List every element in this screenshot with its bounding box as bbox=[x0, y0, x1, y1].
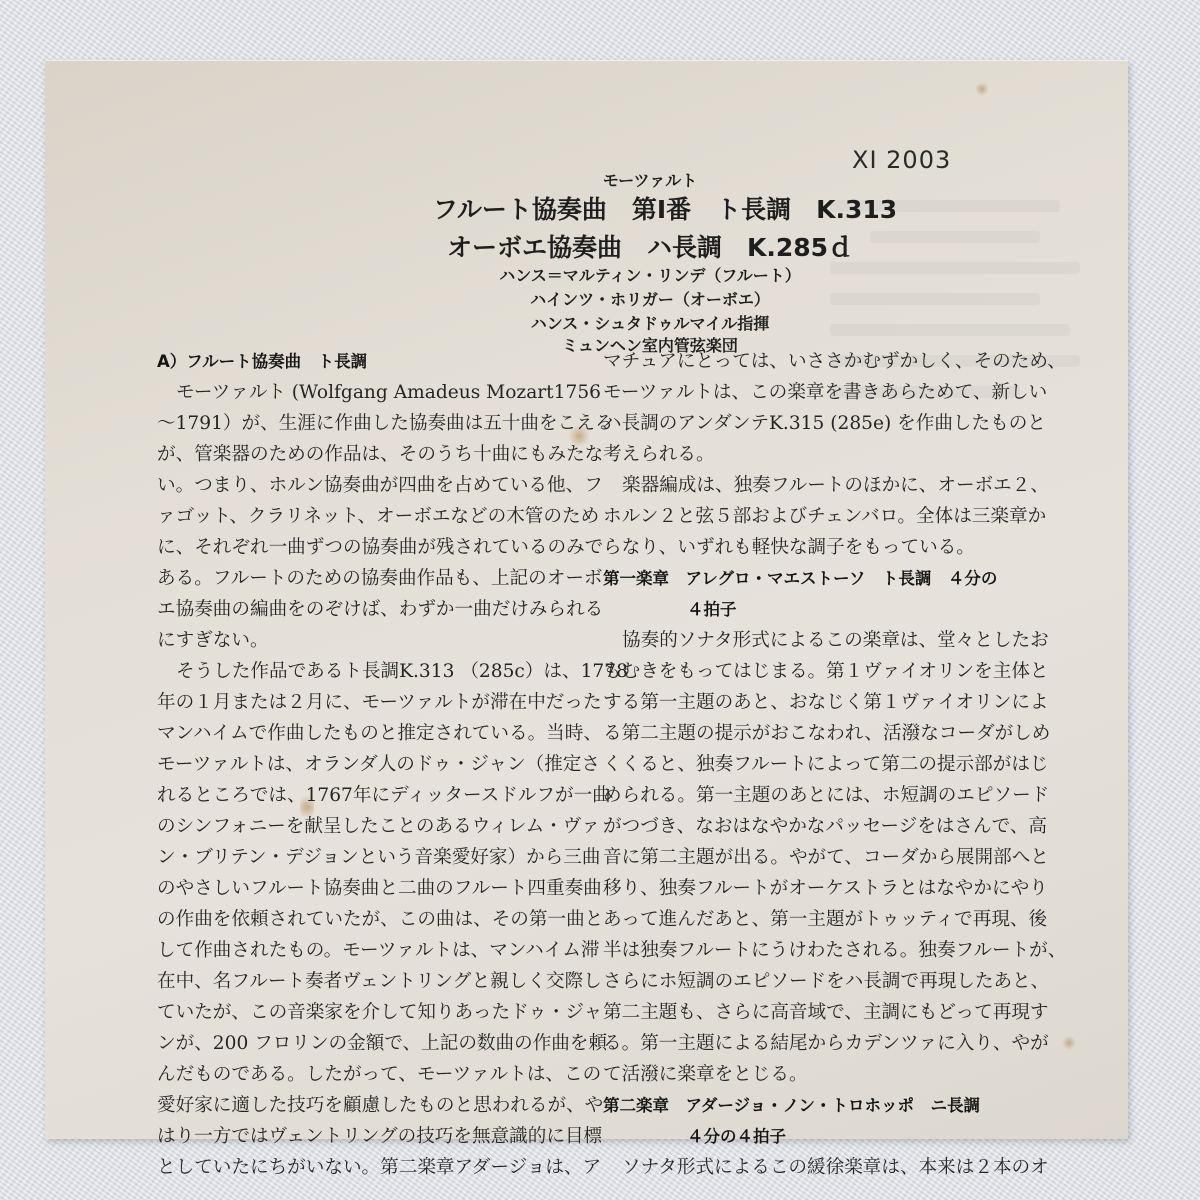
right-column: マチュアにとっては、いささかむずかしく、そのため、モーツァルトは、この楽章を書き… bbox=[603, 346, 1035, 1183]
text-line: モーツァルト (Wolfgang Amadeus Mozart1756 bbox=[157, 377, 589, 408]
text-line: ハ長調のアンダンテK.315 (285e) を作曲したものと bbox=[603, 408, 1035, 439]
text-line: もむきをもってはじまる。第１ヴァイオリンを主体と bbox=[603, 656, 1035, 687]
title-flute-concerto: フルート協奏曲 第Ⅰ番 ト長調 K.313 bbox=[165, 190, 1165, 226]
text-line: 愛好家に適した技巧を顧慮したものと思われるが、や bbox=[157, 1090, 589, 1121]
text-line: くくると、独奏フルートによって第二の提示部がはじ bbox=[603, 749, 1035, 780]
text-line: て活潑に楽章をとじる。 bbox=[603, 1059, 1035, 1090]
text-line: ～1791）が、生涯に作曲した協奏曲は五十曲をこえる bbox=[157, 408, 589, 439]
left-column: A）フルート協奏曲 ト長調 モーツァルト (Wolfgang Amadeus M… bbox=[157, 346, 589, 1183]
text-line: エ協奏曲の編曲をのぞけば、わずか一曲だけみられる bbox=[157, 594, 589, 625]
text-line: のシンフォニーを献呈したことのあるウィレム・ヴァ bbox=[157, 811, 589, 842]
text-line: ンが、200 フロリンの金額で、上記の数曲の作曲を頼 bbox=[157, 1028, 589, 1059]
text-line: る第二主題の提示がおこなわれ、活潑なコーダがしめ bbox=[603, 718, 1035, 749]
text-line: れるところでは、1767年にディッタースドルフが一曲 bbox=[157, 780, 589, 811]
section-heading: A）フルート協奏曲 ト長調 bbox=[157, 346, 589, 377]
text-line: して作曲されたもの。モーツァルトは、マンハイム滞 bbox=[157, 935, 589, 966]
text-line: ある。フルートのための協奏曲作品も、上記のオーボ bbox=[157, 563, 589, 594]
performer-flute: ハンス＝マルティン・リンデ（フルート） bbox=[150, 263, 1150, 286]
text-line: 協奏的ソナタ形式によるこの楽章は、堂々としたお bbox=[603, 625, 1035, 656]
conductor: ハンス・シュタドゥルマイル指揮 bbox=[150, 311, 1150, 334]
movement1-heading: 第一楽章 アレグロ・マエストーソ ト長調 ４分の bbox=[603, 563, 1035, 594]
foxing-stain bbox=[975, 82, 989, 96]
text-line: んだものである。したがって、モーツァルトは、この bbox=[157, 1059, 589, 1090]
text-line: としていたにちがいない。第二楽章アダージョは、ア bbox=[157, 1152, 589, 1183]
text-line: する第一主題のあと、おなじく第１ヴァイオリンによ bbox=[603, 687, 1035, 718]
performer-oboe: ハインツ・ホリガー（オーボエ） bbox=[150, 287, 1150, 310]
movement2-heading: 第二楽章 アダージョ・ノン・トロホッポ ニ長調 bbox=[603, 1090, 1035, 1121]
text-line: 音に第二主題が出る。やがて、コーダから展開部へと bbox=[603, 842, 1035, 873]
text-line: 楽器編成は、独奏フルートのほかに、オーボエ２、 bbox=[603, 470, 1035, 501]
text-line: められる。第一主題のあとには、ホ短調のエピソード bbox=[603, 780, 1035, 811]
text-line: 移り、独奏フルートがオーケストラとはなやかにやり bbox=[603, 873, 1035, 904]
text-line: あって進んだあと、第一主題がトゥッティで再現、後 bbox=[603, 904, 1035, 935]
text-line: はり一方ではヴェントリングの技巧を無意識的に目標 bbox=[157, 1121, 589, 1152]
movement2-body: ソナタ形式によるこの緩徐楽章は、本来は２本のオ bbox=[603, 1152, 1035, 1183]
text-line: ソナタ形式によるこの緩徐楽章は、本来は２本のオ bbox=[603, 1152, 1035, 1183]
text-line: 年の１月または２月に、モーツァルトが滞在中だった bbox=[157, 687, 589, 718]
foxing-stain bbox=[1062, 1036, 1076, 1050]
movement1-heading-cont: ４拍子 bbox=[603, 594, 1035, 625]
text-line: モーツァルトは、オランダ人のドゥ・ジャン（推定さ bbox=[157, 749, 589, 780]
text-line: の作曲を依頼されていたが、この曲は、その第一曲と bbox=[157, 904, 589, 935]
text-line: る。第一主題による結尾からカデンツァに入り、やが bbox=[603, 1028, 1035, 1059]
text-line: ホルン２と弦５部およびチェンバロ。全体は三楽章か bbox=[603, 501, 1035, 532]
text-line: ァゴット、クラリネット、オーボエなどの木管のため bbox=[157, 501, 589, 532]
title-oboe-concerto: オーボエ協奏曲 ハ長調 K.285ｄ bbox=[150, 228, 1150, 264]
text-line: がつづき、なおはなやかなパッセージをはさんで、高 bbox=[603, 811, 1035, 842]
text-line: らなり、いずれも軽快な調子をもっている。 bbox=[603, 532, 1035, 563]
left-column-body: モーツァルト (Wolfgang Amadeus Mozart1756～1791… bbox=[157, 377, 589, 1183]
text-line: が、管楽器のための作品は、そのうち十曲にもみたな bbox=[157, 439, 589, 470]
text-line: 第二主題も、さらに高音域で、主調にもどって再現す bbox=[603, 997, 1035, 1028]
text-line: に、それぞれ一曲ずつの協奏曲が残されているのみで bbox=[157, 532, 589, 563]
text-line: ていたが、この音楽家を介して知りあったドゥ・ジャ bbox=[157, 997, 589, 1028]
text-line: 考えられる。 bbox=[603, 439, 1035, 470]
text-line: 在中、名フルート奏者ヴェントリングと親しく交際し bbox=[157, 966, 589, 997]
movement2-heading-cont: ４分の４拍子 bbox=[603, 1121, 1035, 1152]
text-line: マチュアにとっては、いささかむずかしく、そのため、 bbox=[603, 346, 1035, 377]
text-line: 半は独奏フルートにうけわたされる。独奏フルートが、 bbox=[603, 935, 1035, 966]
movement1-body: 協奏的ソナタ形式によるこの楽章は、堂々としたおもむきをもってはじまる。第１ヴァイ… bbox=[603, 625, 1035, 1090]
text-line: マンハイムで作曲したものと推定されている。当時、 bbox=[157, 718, 589, 749]
text-line: そうした作品であるト長調K.313 （285c）は、1778 bbox=[157, 656, 589, 687]
right-column-intro: マチュアにとっては、いささかむずかしく、そのため、モーツァルトは、この楽章を書き… bbox=[603, 346, 1035, 563]
text-line: い。つまり、ホルン協奏曲が四曲を占めている他、フ bbox=[157, 470, 589, 501]
text-line: ン・ブリテン・デジョンという音楽愛好家）から三曲 bbox=[157, 842, 589, 873]
text-line: モーツァルトは、この楽章を書きあらためて、新しい bbox=[603, 377, 1035, 408]
text-line: のやさしいフルート協奏曲と二曲のフルート四重奏曲 bbox=[157, 873, 589, 904]
composer-name: モーツァルト bbox=[150, 168, 1150, 191]
text-line: さらにホ短調のエピソードをハ長調で再現したあと、 bbox=[603, 966, 1035, 997]
text-line: にすぎない。 bbox=[157, 625, 589, 656]
